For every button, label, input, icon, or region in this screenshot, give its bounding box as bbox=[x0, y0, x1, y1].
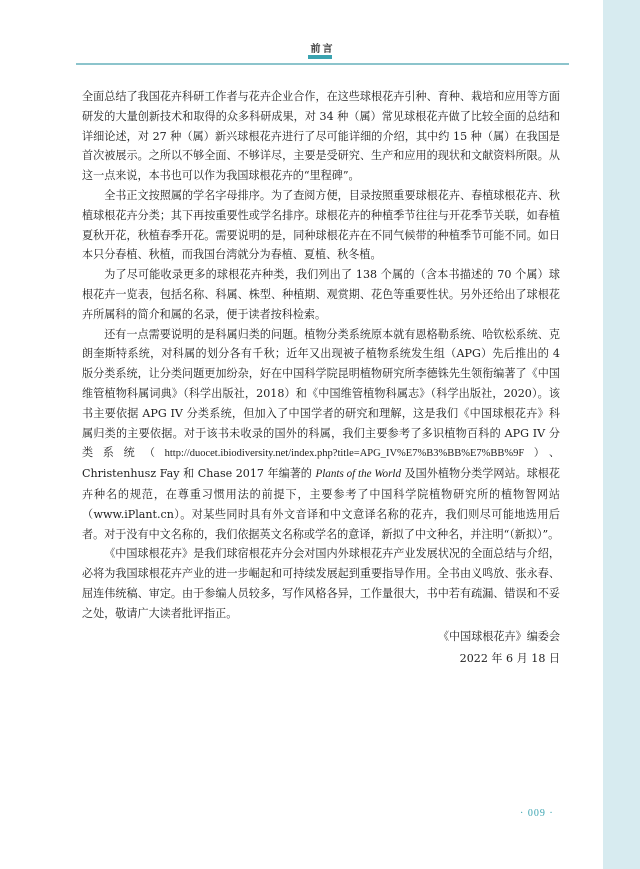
page-number: · 009 · bbox=[520, 808, 554, 819]
body-text: 全面总结了我国花卉科研工作者与花卉企业合作，在这些球根花卉引种、育种、栽培和应用… bbox=[82, 87, 560, 624]
paragraph-4-text-a: 还有一点需要说明的是科属归类的问题。植物分类系统原本就有恩格勒系统、哈钦松系统、… bbox=[82, 328, 560, 460]
page-edge-strip bbox=[603, 0, 640, 869]
book-title-italic: Plants of the World bbox=[315, 468, 401, 480]
header-accent-tab bbox=[308, 55, 332, 59]
paragraph-4: 还有一点需要说明的是科属归类的问题。植物分类系统原本就有恩格勒系统、哈钦松系统、… bbox=[82, 325, 560, 545]
section-title: 前言 bbox=[76, 40, 569, 55]
paragraph-2: 全书正文按照属的学名字母排序。为了查阅方便，目录按照重要球根花卉、春植球根花卉、… bbox=[82, 186, 560, 265]
signature-date: 2022 年 6 月 18 日 bbox=[438, 648, 560, 670]
paragraph-5: 《中国球根花卉》是我们球宿根花卉分会对国内外球根花卉产业发展状况的全面总结与介绍… bbox=[82, 544, 560, 623]
reference-url: （http://duocet.ibiodiversity.net/index.p… bbox=[144, 448, 548, 459]
paragraph-3: 为了尽可能收录更多的球根花卉种类，我们列出了 138 个属的（含本书描述的 70… bbox=[82, 265, 560, 324]
signature-block: 《中国球根花卉》编委会 2022 年 6 月 18 日 bbox=[438, 626, 560, 670]
page-header: 前言 bbox=[76, 40, 569, 70]
paragraph-1: 全面总结了我国花卉科研工作者与花卉企业合作，在这些球根花卉引种、育种、栽培和应用… bbox=[82, 87, 560, 186]
header-divider bbox=[76, 63, 569, 65]
signature-committee: 《中国球根花卉》编委会 bbox=[438, 626, 560, 648]
